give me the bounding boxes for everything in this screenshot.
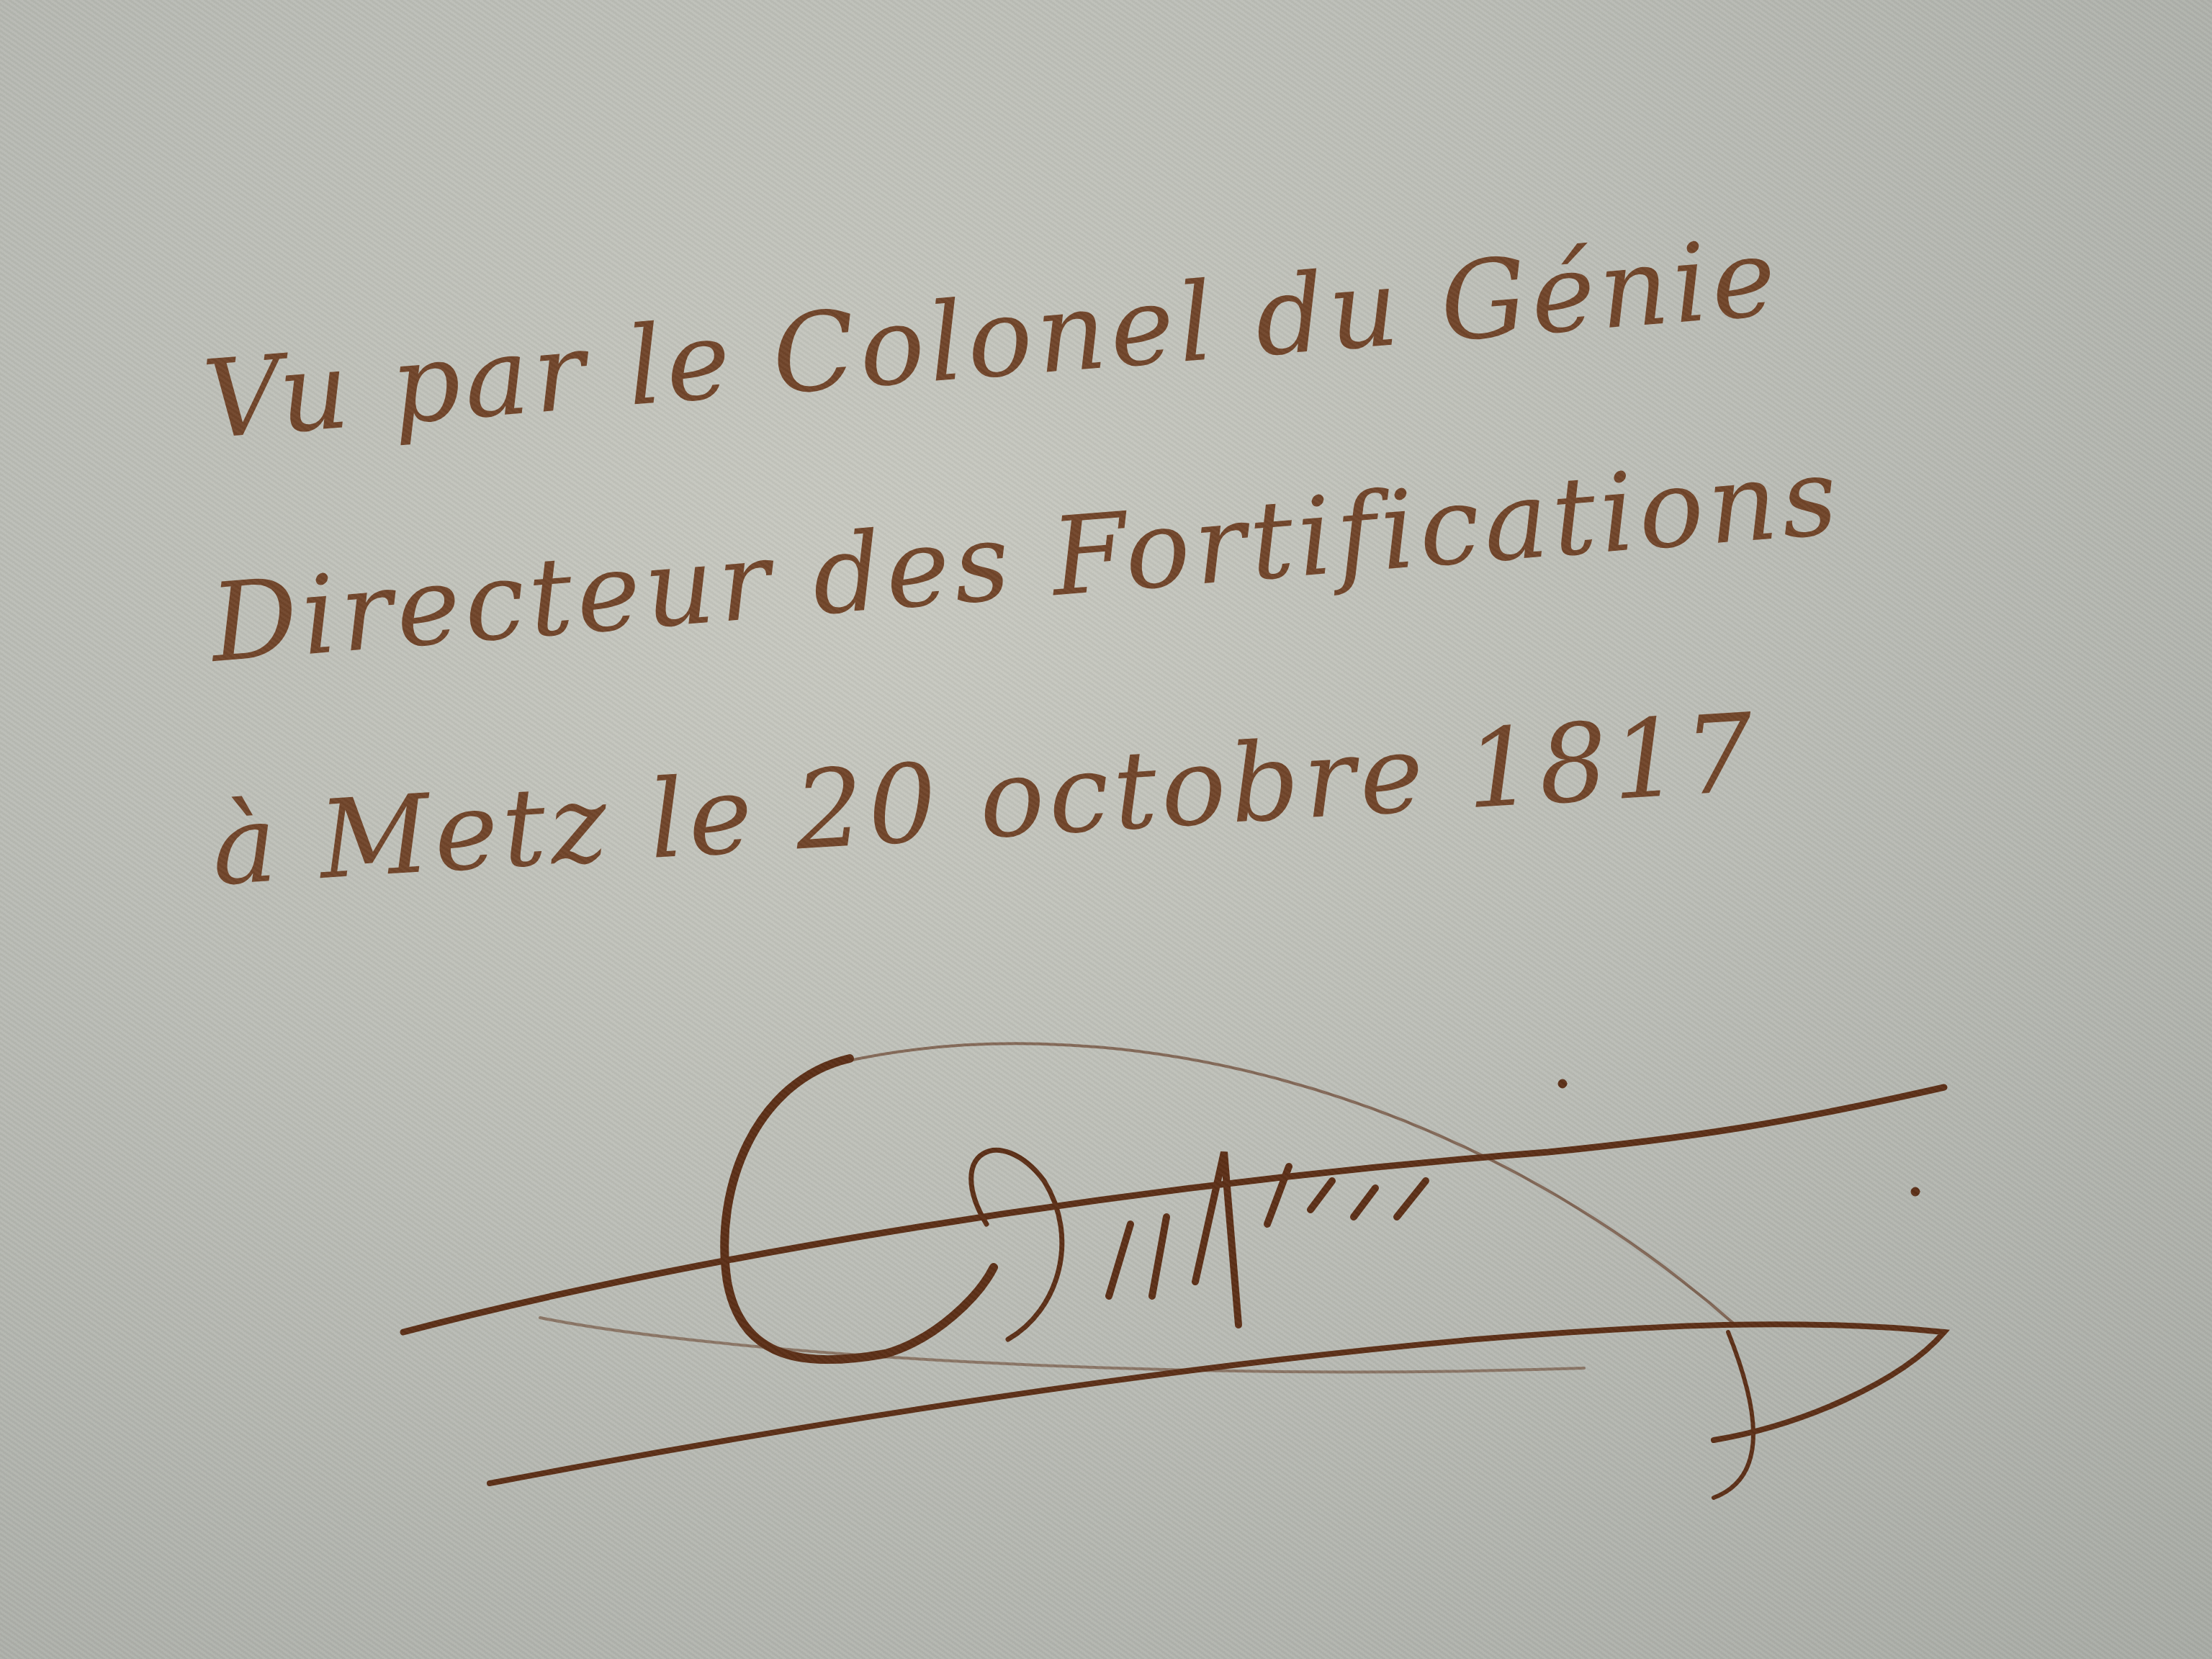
signature-flourish — [0, 0, 2212, 1659]
manuscript-page: Vu par le Colonel du Génie Directeur des… — [0, 0, 2212, 1659]
